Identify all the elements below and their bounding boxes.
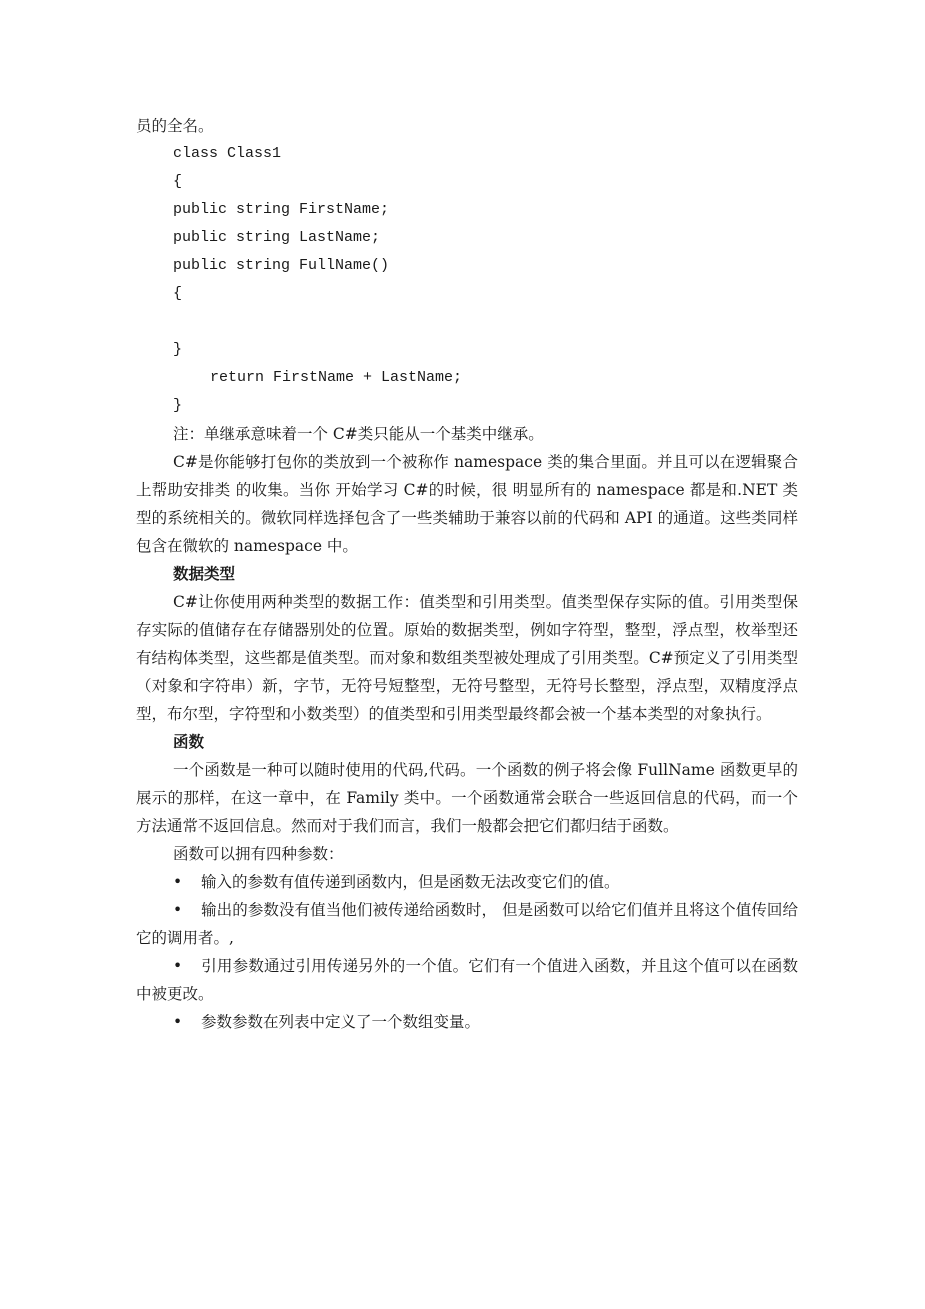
- list-item-text: 输出的参数没有值当他们被传递给函数时， 但是函数可以给它们值并且将这个值传回给它…: [136, 901, 798, 947]
- code-line: return FirstName + LastName;: [136, 364, 798, 392]
- list-item-text: 参数参数在列表中定义了一个数组变量。: [201, 1013, 480, 1031]
- code-line: }: [136, 336, 798, 364]
- note-text: 注：单继承意味着一个 C#类只能从一个基类中继承。: [136, 420, 798, 448]
- functions-paragraph: 一个函数是一种可以随时使用的代码,代码。一个函数的例子将会像 FullName …: [136, 756, 798, 840]
- code-line: }: [136, 392, 798, 420]
- code-block: class Class1 { public string FirstName; …: [136, 140, 798, 420]
- document-page: 员的全名。 class Class1 { public string First…: [136, 112, 798, 1036]
- bullet-icon: •: [173, 868, 201, 896]
- list-item-text: 引用参数通过引用传递另外的一个值。它们有一个值进入函数，并且这个值可以在函数中被…: [136, 957, 798, 1003]
- code-line: public string FirstName;: [136, 196, 798, 224]
- parameter-types-list: •输入的参数有值传递到函数内，但是函数无法改变它们的值。 •输出的参数没有值当他…: [136, 868, 798, 1036]
- list-item: •引用参数通过引用传递另外的一个值。它们有一个值进入函数，并且这个值可以在函数中…: [136, 952, 798, 1008]
- bullet-icon: •: [173, 1008, 201, 1036]
- code-line: public string LastName;: [136, 224, 798, 252]
- list-item: •输入的参数有值传递到函数内，但是函数无法改变它们的值。: [136, 868, 798, 896]
- namespace-paragraph: C#是你能够打包你的类放到一个被称作 namespace 类的集合里面。并且可以…: [136, 448, 798, 560]
- code-line: {: [136, 168, 798, 196]
- list-item-text: 输入的参数有值传递到函数内，但是函数无法改变它们的值。: [201, 873, 620, 891]
- intro-tail-text: 员的全名。: [136, 112, 798, 140]
- code-line: class Class1: [136, 140, 798, 168]
- data-types-paragraph: C#让你使用两种类型的数据工作：值类型和引用类型。值类型保存实际的值。引用类型保…: [136, 588, 798, 728]
- section-heading-data-types: 数据类型: [136, 560, 798, 588]
- bullet-icon: •: [173, 896, 201, 924]
- code-line: public string FullName(): [136, 252, 798, 280]
- code-line-blank: [136, 308, 798, 336]
- bullet-icon: •: [173, 952, 201, 980]
- list-item: •输出的参数没有值当他们被传递给函数时， 但是函数可以给它们值并且将这个值传回给…: [136, 896, 798, 952]
- list-item: •参数参数在列表中定义了一个数组变量。: [136, 1008, 798, 1036]
- code-line: {: [136, 280, 798, 308]
- section-heading-functions: 函数: [136, 728, 798, 756]
- params-intro-text: 函数可以拥有四种参数：: [136, 840, 798, 868]
